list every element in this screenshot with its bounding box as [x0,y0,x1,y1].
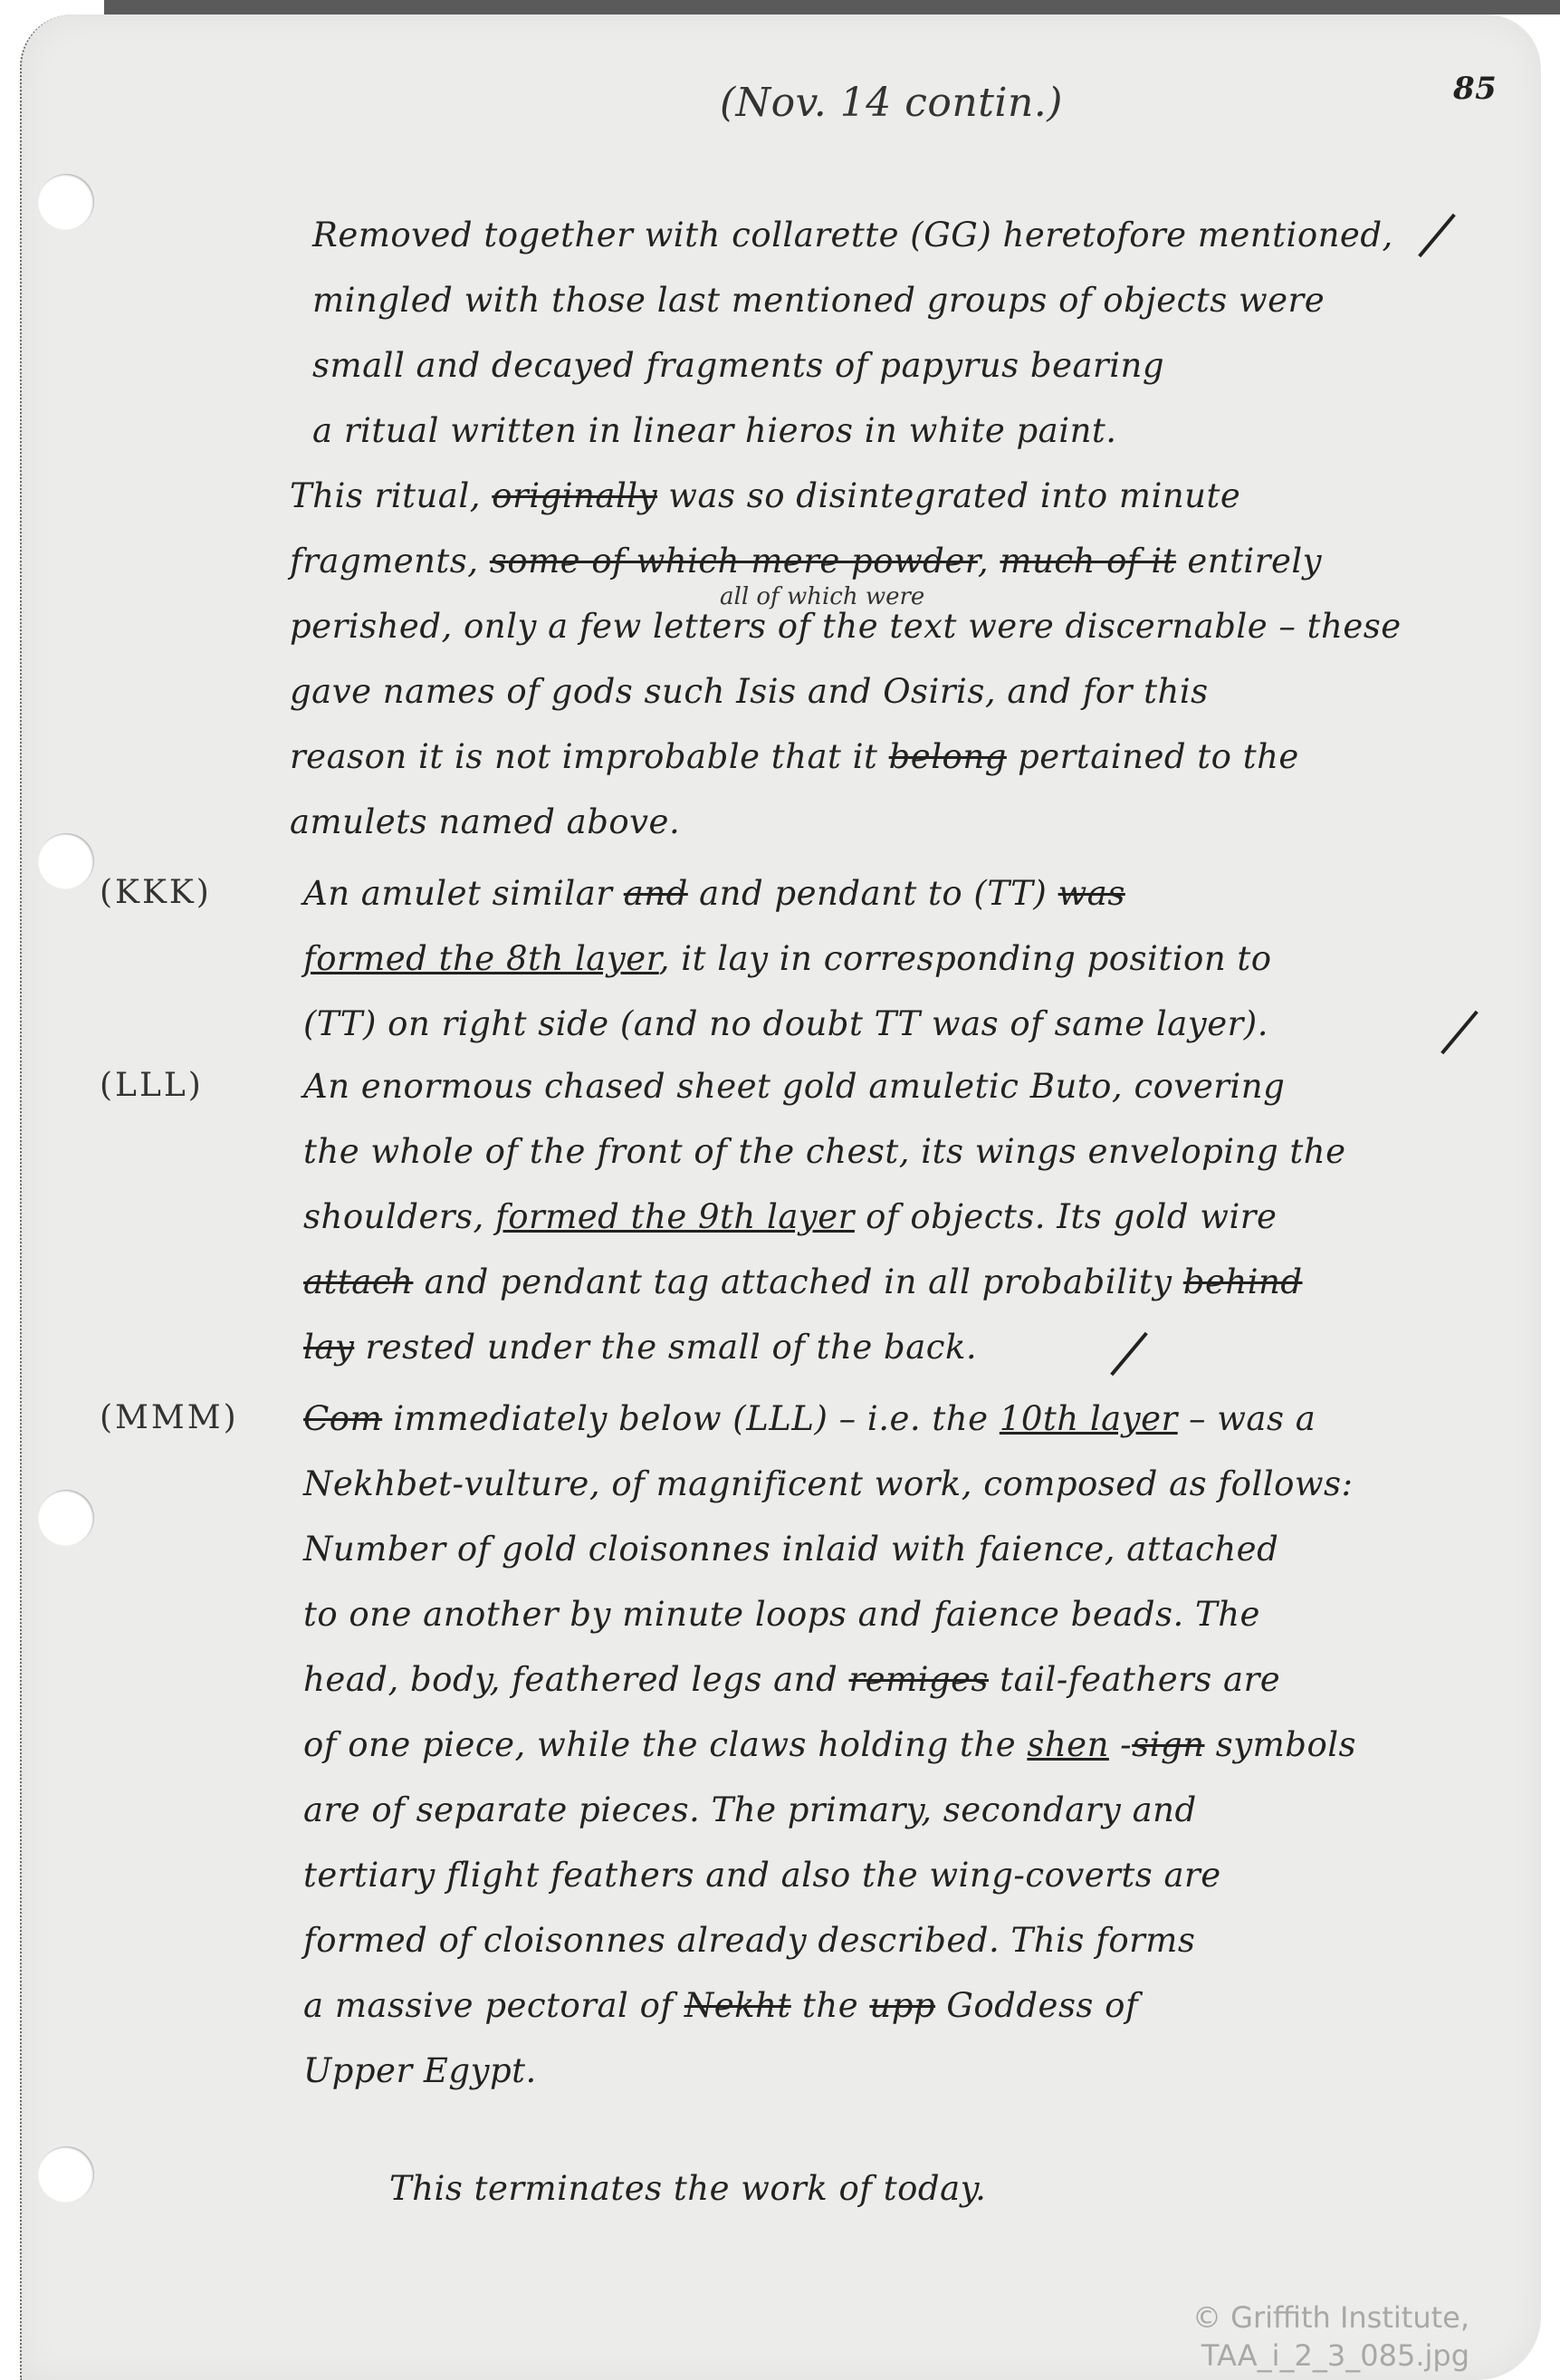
struck-text: sign [1132,1725,1204,1764]
text-line: lay rested under the small of the back. [303,1328,977,1367]
underlined-text: 10th layer [1000,1399,1178,1438]
struck-text: upp [869,1986,935,2025]
text-line: Nekhbet-vulture, of magnificent work, co… [303,1464,1353,1503]
text-line: the whole of the front of the chest, its… [303,1132,1345,1171]
struck-text: and [624,874,688,913]
line-text: perished, only a few letters of the text… [290,607,1402,646]
line-text: the whole of the front of the chest, its… [303,1132,1345,1171]
text-line: formed the 8th layer, it lay in correspo… [303,939,1272,978]
struck-text: Com [303,1399,382,1438]
copyright-watermark: © Griffith Institute, [1157,2300,1469,2335]
line-text: shoulders, [303,1197,495,1236]
line-text: of objects. Its gold wire [855,1197,1278,1236]
text-line: This ritual, originally was so disintegr… [290,476,1240,515]
line-text: (TT) on right side (and no doubt TT was … [303,1004,1268,1043]
text-line: of one piece, while the claws holding th… [303,1725,1356,1764]
struck-text: Nekht [684,1986,791,2025]
text-line: head, body, feathered legs and remiges t… [303,1660,1280,1699]
text-line: Com immediately below (LLL) – i.e. the 1… [303,1399,1316,1438]
underlined-text: shen [1027,1725,1109,1764]
line-text: - [1109,1725,1132,1764]
text-line: Number of gold cloisonnes inlaid with fa… [303,1530,1278,1569]
struck-text: was [1058,874,1125,913]
text-line: small and decayed fragments of papyrus b… [312,346,1164,385]
text-line: a ritual written in linear hieros in whi… [312,411,1117,450]
struck-text: attach [303,1262,413,1301]
struck-text: much of it [1000,542,1176,581]
text-line: a massive pectoral of Nekht the upp Godd… [303,1986,1138,2025]
filename-watermark: TAA_i_2_3_085.jpg [1157,2338,1469,2373]
entry-label: (LLL) [100,1067,204,1104]
line-text: fragments, [290,542,490,581]
line-text: tertiary flight feathers and also the wi… [303,1856,1221,1895]
text-line: Removed together with collarette (GG) he… [312,216,1393,254]
text-line: perished, only a few letters of the text… [290,607,1402,646]
text-line: Upper Egypt. [303,2051,537,2090]
line-text: small and decayed fragments of papyrus b… [312,346,1164,385]
line-text: An enormous chased sheet gold amuletic B… [303,1067,1285,1106]
line-text: are of separate pieces. The primary, sec… [303,1790,1197,1829]
line-text: gave names of gods such Isis and Osiris,… [290,672,1209,711]
line-text: was so disintegrated into minute [657,476,1240,515]
line-text: – was a [1178,1399,1316,1438]
struck-text: some of which mere powder [490,542,978,581]
line-text: This ritual, [290,476,492,515]
line-text: a ritual written in linear hieros in whi… [312,411,1117,450]
entry-label: (MMM) [100,1399,239,1436]
underlined-text: formed the 8th layer [303,939,659,978]
line-text: and pendant to (TT) [688,874,1058,913]
line-text: a massive pectoral of [303,1986,684,2025]
scan-background-strip [104,0,1560,14]
line-text: Number of gold cloisonnes inlaid with fa… [303,1530,1278,1569]
line-text: mingled with those last mentioned groups… [312,281,1325,320]
line-text: amulets named above. [290,802,680,841]
text-line: mingled with those last mentioned groups… [312,281,1325,320]
text-line: are of separate pieces. The primary, sec… [303,1790,1197,1829]
struck-text: remiges [848,1660,989,1699]
line-text: , [978,542,1000,581]
punch-hole [38,174,94,230]
text-line: attach and pendant tag attached in all p… [303,1262,1303,1301]
line-text: An amulet similar [303,874,624,913]
struck-text: behind [1183,1262,1303,1301]
punch-hole [38,1490,94,1546]
line-text: entirely [1176,542,1322,581]
text-line: fragments, some of which mere powder, mu… [290,542,1322,581]
underlined-text: formed the 9th layer [495,1197,855,1236]
struck-text: belong [889,737,1007,776]
line-text: rested under the small of the back. [354,1328,977,1367]
line-text: Nekhbet-vulture, of magnificent work, co… [303,1464,1353,1503]
line-text: to one another by minute loops and faien… [303,1595,1260,1634]
line-text: pertained to the [1007,737,1299,776]
line-text: of one piece, while the claws holding th… [303,1725,1027,1764]
struck-text: originally [492,476,657,515]
text-line: formed of cloisonnes already described. … [303,1921,1195,1960]
text-line: An amulet similar and and pendant to (TT… [303,874,1125,913]
text-line: gave names of gods such Isis and Osiris,… [290,672,1209,711]
line-text: head, body, feathered legs and [303,1660,848,1699]
text-line: shoulders, formed the 9th layer of objec… [303,1197,1277,1236]
line-text: , it lay in corresponding position to [659,939,1272,978]
line-text: and pendant tag attached in all probabil… [413,1262,1182,1301]
line-text: Goddess of [935,1986,1138,2025]
text-line: (TT) on right side (and no doubt TT was … [303,1004,1268,1043]
line-text: Upper Egypt. [303,2051,537,2090]
line-text: reason it is not improbable that it [290,737,889,776]
line-text: formed of cloisonnes already described. … [303,1921,1195,1960]
struck-text: lay [303,1328,354,1367]
punch-hole [38,833,94,889]
text-line: reason it is not improbable that it belo… [290,737,1299,776]
text-line: to one another by minute loops and faien… [303,1595,1260,1634]
interlinear-insertion: all of which were [720,583,924,610]
line-text: immediately below (LLL) – i.e. the [382,1399,1000,1438]
punch-hole [38,2146,94,2202]
closing-line: This terminates the work of today. [389,2169,986,2208]
line-text: tail-feathers are [989,1660,1280,1699]
text-line: An enormous chased sheet gold amuletic B… [303,1067,1285,1106]
page-number: 85 [1453,71,1497,107]
line-text: symbols [1205,1725,1357,1764]
line-text: Removed together with collarette (GG) he… [312,216,1393,254]
header-note: (Nov. 14 contin.) [720,80,1063,126]
text-line: tertiary flight feathers and also the wi… [303,1856,1221,1895]
entry-label: (KKK) [100,874,212,911]
text-line: amulets named above. [290,802,680,841]
line-text: the [791,1986,870,2025]
